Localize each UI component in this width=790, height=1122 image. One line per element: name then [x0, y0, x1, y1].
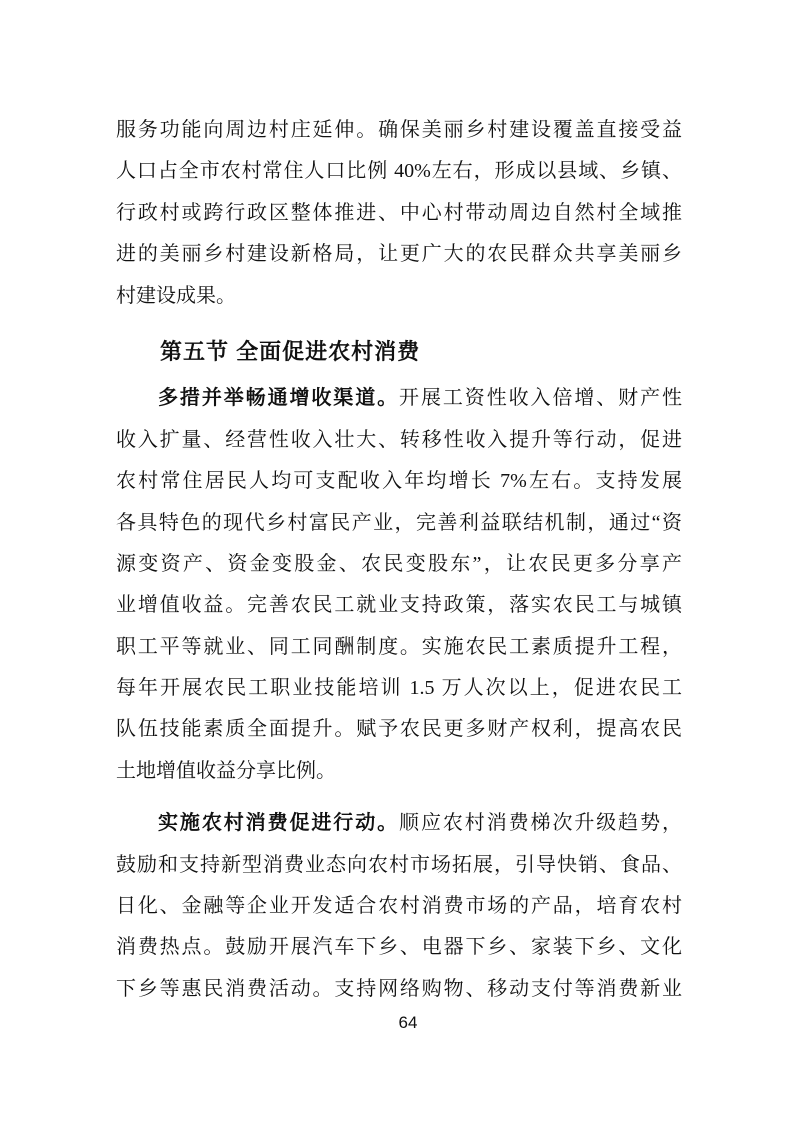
- text-line: 源变资产、资金变股金、农民变股东”，让农民更多分享产: [116, 544, 682, 585]
- lead-rest-text: 开展工资性收入倍增、财产性: [399, 387, 682, 409]
- lead-rest-text: 顺应农村消费梯次升级趋势，: [399, 812, 682, 834]
- text-line: 各具特色的现代乡村富民产业，完善利益联结机制，通过“资: [116, 503, 682, 544]
- text-line: 鼓励和支持新型消费业态向农村市场拓展，引导快销、食品、: [116, 845, 682, 886]
- text-line: 每年开展农民工职业技能培训 1.5 万人次以上，促进农民工: [116, 668, 682, 709]
- text-line: 收入扩量、经营性收入壮大、转移性收入提升等行动，促进: [116, 420, 682, 461]
- text-line: 进的美丽乡村建设新格局，让更广大的农民群众共享美丽乡: [116, 234, 682, 275]
- paragraph-income-channels: 多措并举畅通增收渠道。开展工资性收入倍增、财产性 收入扩量、经营性收入壮大、转移…: [116, 378, 682, 792]
- text-line: 队伍技能素质全面提升。赋予农民更多财产权利，提高农民: [116, 709, 682, 750]
- page-number: 64: [0, 1013, 790, 1033]
- paragraph-continuation: 服务功能向周边村庄延伸。确保美丽乡村建设覆盖直接受益 人口占全市农村常住人口比例…: [116, 110, 682, 317]
- text-line: 人口占全市农村常住人口比例 40%左右，形成以县域、乡镇、: [116, 151, 682, 192]
- page-content: 服务功能向周边村庄延伸。确保美丽乡村建设覆盖直接受益 人口占全市农村常住人口比例…: [116, 110, 682, 1010]
- text-line: 职工平等就业、同工同酬制度。实施农民工素质提升工程，: [116, 627, 682, 668]
- text-line: 村建设成果。: [116, 276, 682, 317]
- bold-lead-text: 实施农村消费促进行动。: [158, 812, 399, 834]
- text-line: 消费热点。鼓励开展汽车下乡、电器下乡、家装下乡、文化: [116, 927, 682, 968]
- paragraph-rural-consumption: 实施农村消费促进行动。顺应农村消费梯次升级趋势， 鼓励和支持新型消费业态向农村市…: [116, 803, 682, 1010]
- document-page: 服务功能向周边村庄延伸。确保美丽乡村建设覆盖直接受益 人口占全市农村常住人口比例…: [0, 0, 790, 1122]
- text-line: 行政村或跨行政区整体推进、中心村带动周边自然村全域推: [116, 193, 682, 234]
- text-line: 土地增值收益分享比例。: [116, 751, 682, 792]
- section-heading: 第五节 全面促进农村消费: [116, 331, 682, 372]
- text-line: 日化、金融等企业开发适合农村消费市场的产品，培育农村: [116, 886, 682, 927]
- text-line: 服务功能向周边村庄延伸。确保美丽乡村建设覆盖直接受益: [116, 110, 682, 151]
- text-line: 实施农村消费促进行动。顺应农村消费梯次升级趋势，: [116, 803, 682, 844]
- bold-lead-text: 多措并举畅通增收渠道。: [158, 387, 399, 409]
- text-line: 下乡等惠民消费活动。支持网络购物、移动支付等消费新业: [116, 969, 682, 1010]
- text-line: 业增值收益。完善农民工就业支持政策，落实农民工与城镇: [116, 585, 682, 626]
- text-line: 农村常住居民人均可支配收入年均增长 7%左右。支持发展: [116, 461, 682, 502]
- text-line: 多措并举畅通增收渠道。开展工资性收入倍增、财产性: [116, 378, 682, 419]
